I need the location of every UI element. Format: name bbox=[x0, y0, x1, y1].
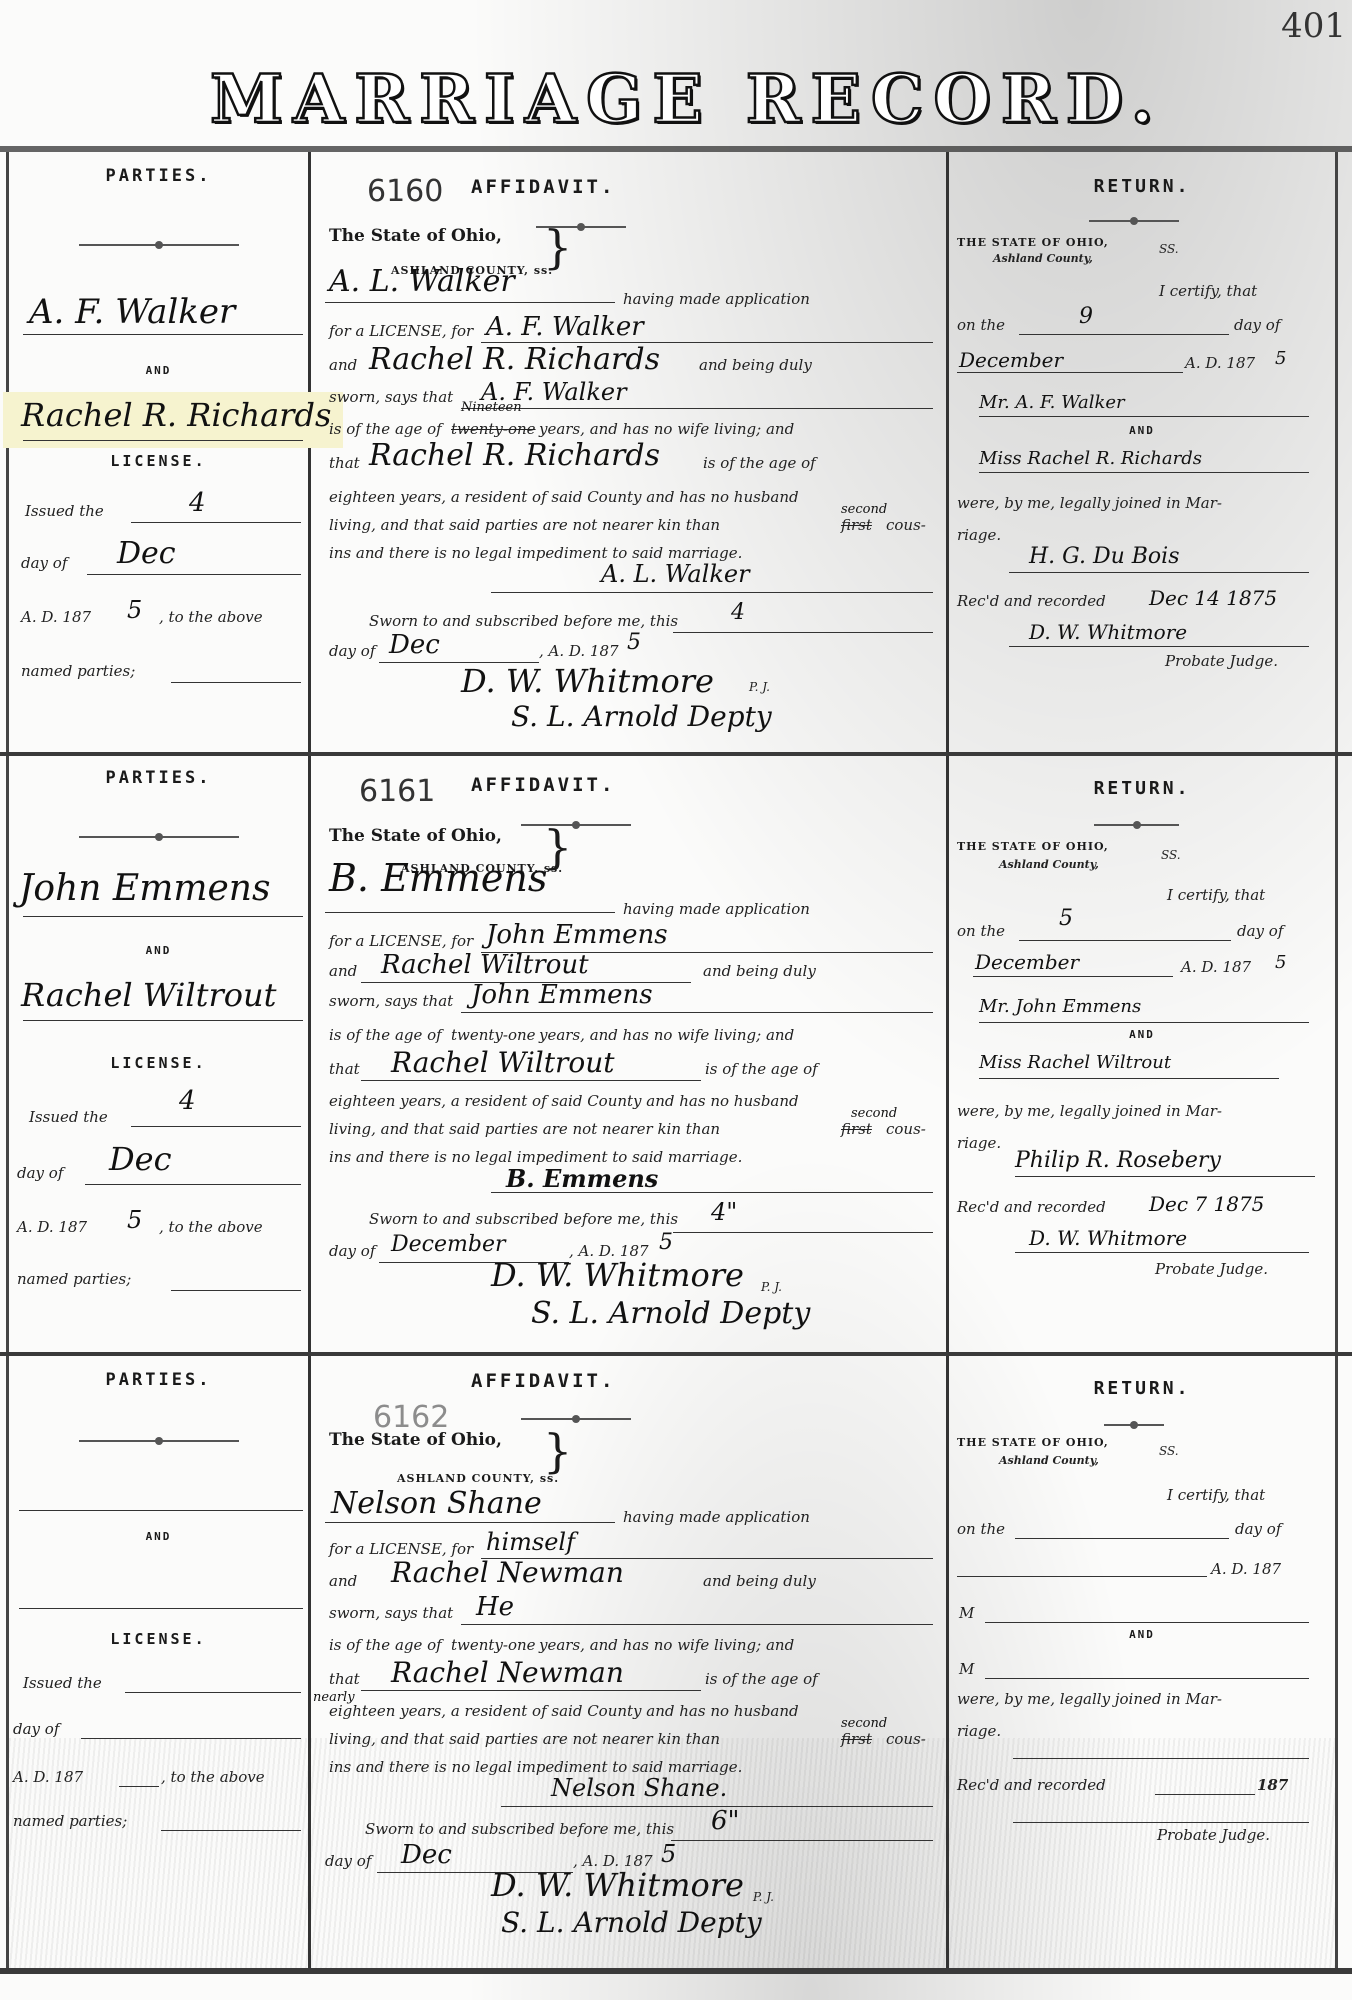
first-struck: first bbox=[841, 1120, 872, 1138]
return-month: December bbox=[959, 348, 1063, 372]
eighteen-years-text: eighteen years, a resident of said Count… bbox=[329, 488, 799, 506]
ornament-divider bbox=[79, 1440, 239, 1442]
having-made-application-label: having made application bbox=[623, 900, 810, 918]
age-correction: Nineteen bbox=[461, 400, 522, 415]
for-a-license-label: for a LICENSE, for bbox=[329, 322, 473, 340]
applicant-signature: Nelson Shane. bbox=[551, 1774, 727, 1802]
return-year-digit: 5 bbox=[1275, 348, 1286, 369]
riage-label: riage. bbox=[957, 1134, 1001, 1152]
issued-day-line bbox=[125, 1692, 301, 1693]
on-the-label: on the bbox=[957, 922, 1005, 940]
return-day-line bbox=[1015, 1538, 1229, 1539]
return-judge-signature: D. W. Whitmore bbox=[1029, 620, 1187, 644]
judge-signature: D. W. Whitmore bbox=[491, 1866, 744, 1904]
that-label: that bbox=[329, 454, 360, 472]
bride-line bbox=[19, 1608, 303, 1609]
issued-month-line bbox=[81, 1738, 301, 1739]
ss-label: SS. bbox=[1161, 848, 1181, 862]
issued-year-line bbox=[119, 1786, 159, 1787]
sworn-says-line bbox=[461, 1012, 933, 1013]
license-label: LICENSE. bbox=[9, 1630, 308, 1648]
sworn-says-that-label: sworn, says that bbox=[329, 388, 453, 406]
affidavit-header: AFFIDAVIT. bbox=[471, 1370, 615, 1392]
return-day: 9 bbox=[1079, 304, 1093, 329]
issued-year-digit: 5 bbox=[127, 1206, 142, 1234]
sworn-day: 4 bbox=[731, 600, 745, 625]
day-of-label: day of bbox=[21, 554, 67, 572]
officiant-line bbox=[1009, 572, 1309, 573]
return-month: December bbox=[975, 950, 1079, 974]
groom-name: John Emmens bbox=[19, 868, 270, 909]
issued-month: Dec bbox=[117, 536, 176, 571]
bride-line bbox=[23, 1020, 303, 1021]
for-a-license-label: for a LICENSE, for bbox=[329, 932, 473, 950]
issued-the-label: Issued the bbox=[23, 1674, 102, 1692]
sworn-says-name: He bbox=[476, 1592, 514, 1622]
is-of-age-label: is of the age of bbox=[329, 420, 442, 438]
years-no-wife-label: years, and has no wife living; and bbox=[539, 1026, 794, 1044]
named-parties-line bbox=[161, 1830, 301, 1831]
named-parties-label: named parties; bbox=[21, 662, 135, 680]
is-of-the-age-label: is of the age of bbox=[705, 1670, 818, 1688]
that-name: Rachel Newman bbox=[391, 1656, 624, 1689]
and-label: AND bbox=[9, 364, 308, 377]
groom-line bbox=[19, 1510, 303, 1511]
and-name: Rachel R. Richards bbox=[369, 342, 660, 377]
ad-187-label: A. D. 187 bbox=[1211, 1560, 1281, 1578]
groom-line bbox=[23, 334, 303, 335]
twenty-one-text: twenty-one bbox=[451, 1026, 536, 1044]
were-joined-label: were, by me, legally joined in Mar- bbox=[957, 1690, 1222, 1708]
affidavit-column: 6160 AFFIDAVIT. The State of Ohio, } ASH… bbox=[311, 152, 949, 752]
and-text: and bbox=[329, 962, 357, 980]
and-label: AND bbox=[949, 1028, 1335, 1041]
sworn-day: 4" bbox=[711, 1198, 737, 1226]
return-column: RETURN. THE STATE OF OHIO, Ashland Count… bbox=[949, 152, 1335, 752]
to-the-above-label: , to the above bbox=[159, 608, 263, 626]
state-of-ohio-label: The State of Ohio, bbox=[329, 226, 502, 246]
return-groom-line bbox=[979, 1022, 1309, 1023]
sworn-day-line bbox=[673, 632, 933, 633]
year-187-label: 187 bbox=[1257, 1776, 1288, 1794]
is-of-the-age-label: is of the age of bbox=[705, 1060, 818, 1078]
applicant-line bbox=[325, 302, 615, 303]
return-day-line bbox=[1019, 940, 1231, 941]
living-text: living, and that said parties are not ne… bbox=[329, 1120, 720, 1138]
record-separator bbox=[0, 1968, 1352, 1974]
page-number: 401 bbox=[1281, 6, 1346, 46]
issued-day-line bbox=[131, 522, 301, 523]
day-of-label: day of bbox=[1237, 922, 1283, 940]
were-joined-label: were, by me, legally joined in Mar- bbox=[957, 494, 1222, 512]
officiant-line bbox=[1013, 1758, 1309, 1759]
recd-recorded-label: Rec'd and recorded bbox=[957, 1198, 1106, 1216]
license-for-name: John Emmens bbox=[486, 920, 668, 950]
sworn-day-line bbox=[671, 1840, 933, 1841]
sworn-says-that-label: sworn, says that bbox=[329, 1604, 453, 1622]
that-name: Rachel Wiltrout bbox=[391, 1046, 615, 1079]
recd-recorded-label: Rec'd and recorded bbox=[957, 1776, 1106, 1794]
m-prefix: M bbox=[959, 1660, 974, 1678]
kin-correction: second bbox=[841, 1716, 887, 1731]
sworn-day: 6" bbox=[711, 1806, 740, 1836]
groom-name: A. F. Walker bbox=[29, 292, 235, 332]
and-name: Rachel Newman bbox=[391, 1556, 624, 1589]
issued-year-digit: 5 bbox=[127, 596, 142, 624]
eighteen-years-text: eighteen years, a resident of said Count… bbox=[329, 1092, 799, 1110]
day-of-label: day of bbox=[1234, 316, 1280, 334]
recorded-date-line bbox=[1155, 1794, 1255, 1795]
ad-187-label: A. D. 187 bbox=[1181, 958, 1251, 976]
state-of-ohio-label: The State of Ohio, bbox=[329, 826, 502, 846]
years-no-wife-label: years, and has no wife living; and bbox=[539, 1636, 794, 1654]
return-day: 5 bbox=[1059, 906, 1073, 931]
affidavit-header: AFFIDAVIT. bbox=[471, 176, 615, 198]
signature-line bbox=[491, 592, 933, 593]
day-of-label: day of bbox=[329, 1242, 375, 1260]
deputy-signature: S. L. Arnold Depty bbox=[501, 1906, 762, 1939]
issued-the-label: Issued the bbox=[29, 1108, 108, 1126]
is-of-age-label: is of the age of bbox=[329, 1636, 442, 1654]
sworn-to-label: Sworn to and subscribed before me, this bbox=[365, 1820, 674, 1838]
parties-column: PARTIES. A. F. Walker AND Rachel R. Rich… bbox=[9, 152, 311, 752]
bride-name: Rachel Wiltrout bbox=[21, 976, 276, 1014]
parties-header: PARTIES. bbox=[9, 1370, 308, 1390]
sworn-says-line bbox=[461, 408, 933, 409]
and-text: and bbox=[329, 356, 357, 374]
return-state-label: THE STATE OF OHIO, bbox=[957, 840, 1109, 853]
twenty-one-text: twenty-one bbox=[451, 1636, 536, 1654]
return-bride-line bbox=[979, 472, 1309, 473]
sworn-month: Dec bbox=[401, 1840, 452, 1870]
sworn-says-that-label: sworn, says that bbox=[329, 992, 453, 1010]
return-county-label: Ashland County, bbox=[993, 252, 1093, 265]
return-year-digit: 5 bbox=[1275, 952, 1286, 973]
recorded-date: Dec 7 1875 bbox=[1149, 1192, 1264, 1216]
return-judge-signature: D. W. Whitmore bbox=[1029, 1226, 1187, 1250]
marriage-record-page: 401 MARRIAGE RECORD. PARTIES. A. F. Walk… bbox=[0, 0, 1352, 2000]
sworn-says-name: John Emmens bbox=[471, 980, 653, 1010]
eighteen-years-text: eighteen years, a resident of said Count… bbox=[329, 1702, 799, 1720]
return-month-line bbox=[957, 1576, 1207, 1577]
that-label: that bbox=[329, 1060, 360, 1078]
parties-column: PARTIES. John Emmens AND Rachel Wiltrout… bbox=[9, 756, 311, 1352]
first-struck: first bbox=[841, 1730, 872, 1748]
years-no-wife-label: years, and has no wife living; and bbox=[539, 420, 794, 438]
probate-judge-label: Probate Judge. bbox=[1155, 1260, 1268, 1278]
return-month-line bbox=[957, 372, 1183, 373]
kin-correction: second bbox=[841, 502, 887, 517]
return-header: RETURN. bbox=[949, 1378, 1335, 1399]
recorded-date: Dec 14 1875 bbox=[1149, 586, 1277, 610]
return-header: RETURN. bbox=[949, 176, 1335, 197]
and-label: AND bbox=[949, 424, 1335, 437]
that-name-line bbox=[361, 1080, 701, 1081]
that-name: Rachel R. Richards bbox=[369, 438, 660, 473]
ss-label: SS. bbox=[1159, 242, 1179, 256]
groom-line bbox=[23, 916, 303, 917]
day-of-label: day of bbox=[329, 642, 375, 660]
sworn-month: Dec bbox=[389, 630, 440, 660]
probate-judge-label: Probate Judge. bbox=[1157, 1826, 1270, 1844]
return-bride: Miss Rachel Wiltrout bbox=[979, 1052, 1171, 1073]
return-bride-line bbox=[985, 1678, 1309, 1679]
issued-day-line bbox=[131, 1126, 301, 1127]
parties-column: PARTIES. AND LICENSE. Issued the day of … bbox=[9, 1356, 311, 1968]
on-the-label: on the bbox=[957, 1520, 1005, 1538]
issued-day: 4 bbox=[189, 488, 206, 518]
named-parties-line bbox=[171, 1290, 301, 1291]
affidavit-column: 6162 AFFIDAVIT. The State of Ohio, } ASH… bbox=[311, 1356, 949, 1968]
cous-text: cous- bbox=[886, 516, 926, 534]
ashland-county-label: ASHLAND COUNTY, ss. bbox=[397, 1472, 559, 1485]
license-label: LICENSE. bbox=[9, 1054, 308, 1072]
kin-correction: second bbox=[851, 1106, 897, 1121]
officiant-signature: H. G. Du Bois bbox=[1029, 544, 1180, 569]
applicant-line bbox=[325, 1522, 615, 1523]
return-month-line bbox=[973, 976, 1173, 977]
named-parties-line bbox=[171, 682, 301, 683]
return-state-label: THE STATE OF OHIO, bbox=[957, 1436, 1109, 1449]
riage-label: riage. bbox=[957, 526, 1001, 544]
ornament-divider bbox=[521, 824, 631, 826]
return-county-label: Ashland County, bbox=[999, 858, 1099, 871]
record-6162: PARTIES. AND LICENSE. Issued the day of … bbox=[6, 1356, 1338, 1968]
and-label: AND bbox=[9, 944, 308, 957]
officiant-line bbox=[1015, 1176, 1315, 1177]
i-certify-label: I certify, that bbox=[1167, 886, 1265, 904]
license-label: LICENSE. bbox=[9, 452, 308, 470]
living-text: living, and that said parties are not ne… bbox=[329, 516, 720, 534]
riage-label: riage. bbox=[957, 1722, 1001, 1740]
sworn-to-label: Sworn to and subscribed before me, this bbox=[369, 1210, 678, 1228]
issued-the-label: Issued the bbox=[25, 502, 104, 520]
return-day-line bbox=[1019, 334, 1229, 335]
judge-signature: D. W. Whitmore bbox=[491, 1256, 744, 1294]
deputy-signature: S. L. Arnold Depty bbox=[531, 1296, 810, 1331]
recd-recorded-label: Rec'd and recorded bbox=[957, 592, 1106, 610]
return-county-label: Ashland County, bbox=[999, 1454, 1099, 1467]
ornament-divider bbox=[79, 836, 239, 838]
twenty-one-struck: twenty-one bbox=[451, 420, 536, 438]
issued-month-line bbox=[85, 1184, 301, 1185]
record-6160: PARTIES. A. F. Walker AND Rachel R. Rich… bbox=[6, 152, 1338, 752]
pj-label: P. J. bbox=[761, 1280, 782, 1294]
judge-line bbox=[1013, 1822, 1309, 1823]
and-label: AND bbox=[949, 1628, 1335, 1641]
applicant-line bbox=[325, 912, 615, 913]
i-certify-label: I certify, that bbox=[1167, 1486, 1265, 1504]
applicant-signature: B. Emmens bbox=[506, 1164, 658, 1193]
judge-signature: D. W. Whitmore bbox=[461, 662, 714, 700]
license-for-name: himself bbox=[486, 1528, 575, 1556]
return-bride: Miss Rachel R. Richards bbox=[979, 448, 1202, 469]
parties-header: PARTIES. bbox=[9, 768, 308, 788]
to-the-above-label: , to the above bbox=[159, 1218, 263, 1236]
return-groom: Mr. John Emmens bbox=[979, 996, 1141, 1017]
license-for-name: A. F. Walker bbox=[486, 312, 644, 342]
and-label: AND bbox=[9, 1530, 308, 1543]
probate-judge-label: Probate Judge. bbox=[1165, 652, 1278, 670]
deputy-signature: S. L. Arnold Depty bbox=[511, 700, 772, 733]
day-of-label: day of bbox=[13, 1720, 59, 1738]
page-title: MARRIAGE RECORD. bbox=[210, 60, 1164, 138]
named-parties-label: named parties; bbox=[13, 1812, 127, 1830]
judge-line bbox=[1009, 646, 1309, 647]
having-made-application-label: having made application bbox=[623, 290, 810, 308]
ornament-divider bbox=[1089, 220, 1179, 222]
living-text: living, and that said parties are not ne… bbox=[329, 1730, 720, 1748]
and-name: Rachel Wiltrout bbox=[381, 950, 589, 980]
applicant-signature: A. L. Walker bbox=[601, 560, 750, 588]
ornament-divider bbox=[79, 244, 239, 246]
issued-day: 4 bbox=[179, 1086, 196, 1116]
return-column: RETURN. THE STATE OF OHIO, Ashland Count… bbox=[949, 756, 1335, 1352]
sworn-to-label: Sworn to and subscribed before me, this bbox=[369, 612, 678, 630]
ad-187-label: A. D. 187 bbox=[1185, 354, 1255, 372]
record-number: 6160 bbox=[367, 174, 443, 209]
applicant-name: Nelson Shane bbox=[331, 1486, 542, 1521]
sworn-says-line bbox=[461, 1624, 933, 1625]
return-groom-line bbox=[985, 1622, 1309, 1623]
bride-name: Rachel R. Richards bbox=[21, 396, 331, 434]
first-struck: first bbox=[841, 516, 872, 534]
return-column: RETURN. THE STATE OF OHIO, Ashland Count… bbox=[949, 1356, 1335, 1968]
state-of-ohio-label: The State of Ohio, bbox=[329, 1430, 502, 1450]
ad-187-label: , A. D. 187 bbox=[539, 642, 619, 660]
pj-label: P. J. bbox=[749, 680, 770, 694]
return-state-label: THE STATE OF OHIO, bbox=[957, 236, 1109, 249]
to-the-above-label: , to the above bbox=[161, 1768, 265, 1786]
affidavit-header: AFFIDAVIT. bbox=[471, 774, 615, 796]
return-header: RETURN. bbox=[949, 778, 1335, 799]
m-prefix: M bbox=[959, 1604, 974, 1622]
return-bride-line bbox=[979, 1078, 1279, 1079]
sworn-year-digit: 5 bbox=[659, 1230, 673, 1255]
and-being-duly-label: and being duly bbox=[703, 962, 816, 980]
were-joined-label: were, by me, legally joined in Mar- bbox=[957, 1102, 1222, 1120]
ornament-divider bbox=[1104, 1424, 1164, 1426]
on-the-label: on the bbox=[957, 316, 1005, 334]
applicant-name: A. L. Walker bbox=[329, 264, 515, 299]
ss-label: SS. bbox=[1159, 1444, 1179, 1458]
cous-text: cous- bbox=[886, 1730, 926, 1748]
bride-line bbox=[23, 440, 303, 441]
sworn-year-digit: 5 bbox=[627, 630, 641, 655]
that-name-line bbox=[361, 1690, 701, 1691]
having-made-application-label: having made application bbox=[623, 1508, 810, 1526]
and-being-duly-label: and being duly bbox=[699, 356, 812, 374]
ad-187-label: A. D. 187 bbox=[13, 1768, 83, 1786]
day-of-label: day of bbox=[17, 1164, 63, 1182]
issued-month: Dec bbox=[109, 1140, 172, 1178]
i-certify-label: I certify, that bbox=[1159, 282, 1257, 300]
return-groom: Mr. A. F. Walker bbox=[979, 392, 1125, 413]
sworn-day-line bbox=[673, 1232, 933, 1233]
return-groom-line bbox=[979, 416, 1309, 417]
judge-line bbox=[1015, 1252, 1309, 1253]
cous-text: cous- bbox=[886, 1120, 926, 1138]
is-of-the-age-label: is of the age of bbox=[703, 454, 816, 472]
that-label: that bbox=[329, 1670, 360, 1688]
signature-line bbox=[491, 1192, 933, 1193]
sworn-year-digit: 5 bbox=[661, 1840, 676, 1868]
named-parties-label: named parties; bbox=[17, 1270, 131, 1288]
and-being-duly-label: and being duly bbox=[703, 1572, 816, 1590]
sworn-month: December bbox=[391, 1232, 505, 1257]
parties-header: PARTIES. bbox=[9, 166, 308, 186]
issued-month-line bbox=[87, 574, 301, 575]
is-of-age-label: is of the age of bbox=[329, 1026, 442, 1044]
affidavit-column: 6161 AFFIDAVIT. The State of Ohio, } ASH… bbox=[311, 756, 949, 1352]
and-text: and bbox=[329, 1572, 357, 1590]
applicant-name: B. Emmens bbox=[329, 856, 547, 900]
ornament-divider bbox=[1094, 824, 1179, 826]
record-6161: PARTIES. John Emmens AND Rachel Wiltrout… bbox=[6, 756, 1338, 1352]
brace: } bbox=[543, 1428, 572, 1474]
ad-187-label: A. D. 187 bbox=[17, 1218, 87, 1236]
day-of-label: day of bbox=[1235, 1520, 1281, 1538]
day-of-label: day of bbox=[325, 1852, 371, 1870]
pj-label: P. J. bbox=[753, 1890, 774, 1904]
officiant-signature: Philip R. Rosebery bbox=[1015, 1148, 1221, 1173]
ad-187-label: A. D. 187 bbox=[21, 608, 91, 626]
ornament-divider bbox=[521, 1418, 631, 1420]
record-number: 6161 bbox=[359, 774, 435, 809]
